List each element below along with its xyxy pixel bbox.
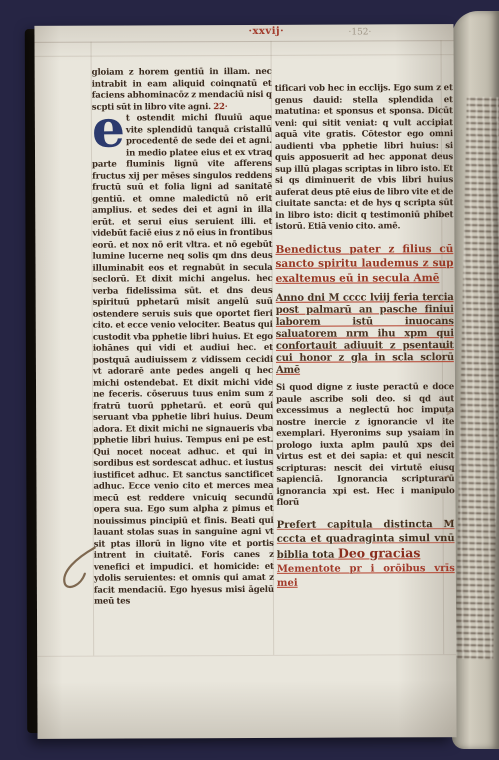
deo-gracias: Deo gracias (338, 545, 420, 560)
chapter-22-text: t ostendit michi fluuiū aque vite splend… (92, 113, 274, 607)
benediction-rubric: Benedictus pater z filius cū sancto spir… (275, 242, 453, 286)
manuscript-photo: ·xxvij· ·152· gloiam z horem gentiū in i… (0, 0, 499, 760)
manuscript-page: ·xxvij· ·152· gloiam z horem gentiū in i… (34, 24, 456, 739)
chapter-22-continued: tificari vob hec in ecclijs. Ego sum z e… (275, 83, 454, 233)
pen-flourish (55, 542, 99, 594)
ruling-line-top (35, 40, 454, 43)
right-text-column: tificari vob hec in ecclijs. Ego sum z e… (275, 83, 456, 664)
chapter-21-ending: gloiam z horem gentiū in illam. nec intr… (92, 67, 272, 114)
memento-line: Mementote pr i orōibus vrīs mei (277, 563, 455, 589)
chapter-22-paragraph: et ostendit michi fluuiū aque vite splen… (92, 113, 274, 608)
left-text-column: gloiam z horem gentiū in illam. nec intr… (92, 67, 275, 654)
ruling-line-top-2 (35, 54, 454, 57)
facing-page-fore-edge (452, 11, 499, 749)
chapter-number: 22· (213, 102, 227, 112)
facing-page-text-blur (455, 97, 499, 660)
scribal-colophon: Anno dni M cccc lviij feria tercia post … (276, 292, 454, 377)
illuminated-initial-e: e (92, 115, 122, 149)
folio-number: ·xxvij· (248, 26, 284, 37)
pencil-number: ·152· (348, 27, 371, 37)
scribal-apology: Si quod digne z iuste peractū e doce pau… (276, 382, 455, 509)
chapter-21-end-text: gloiam z horem gentiū in illam. nec intr… (92, 67, 272, 112)
capitula-note: Prefert capitula distincta M cccta et qu… (277, 518, 455, 591)
